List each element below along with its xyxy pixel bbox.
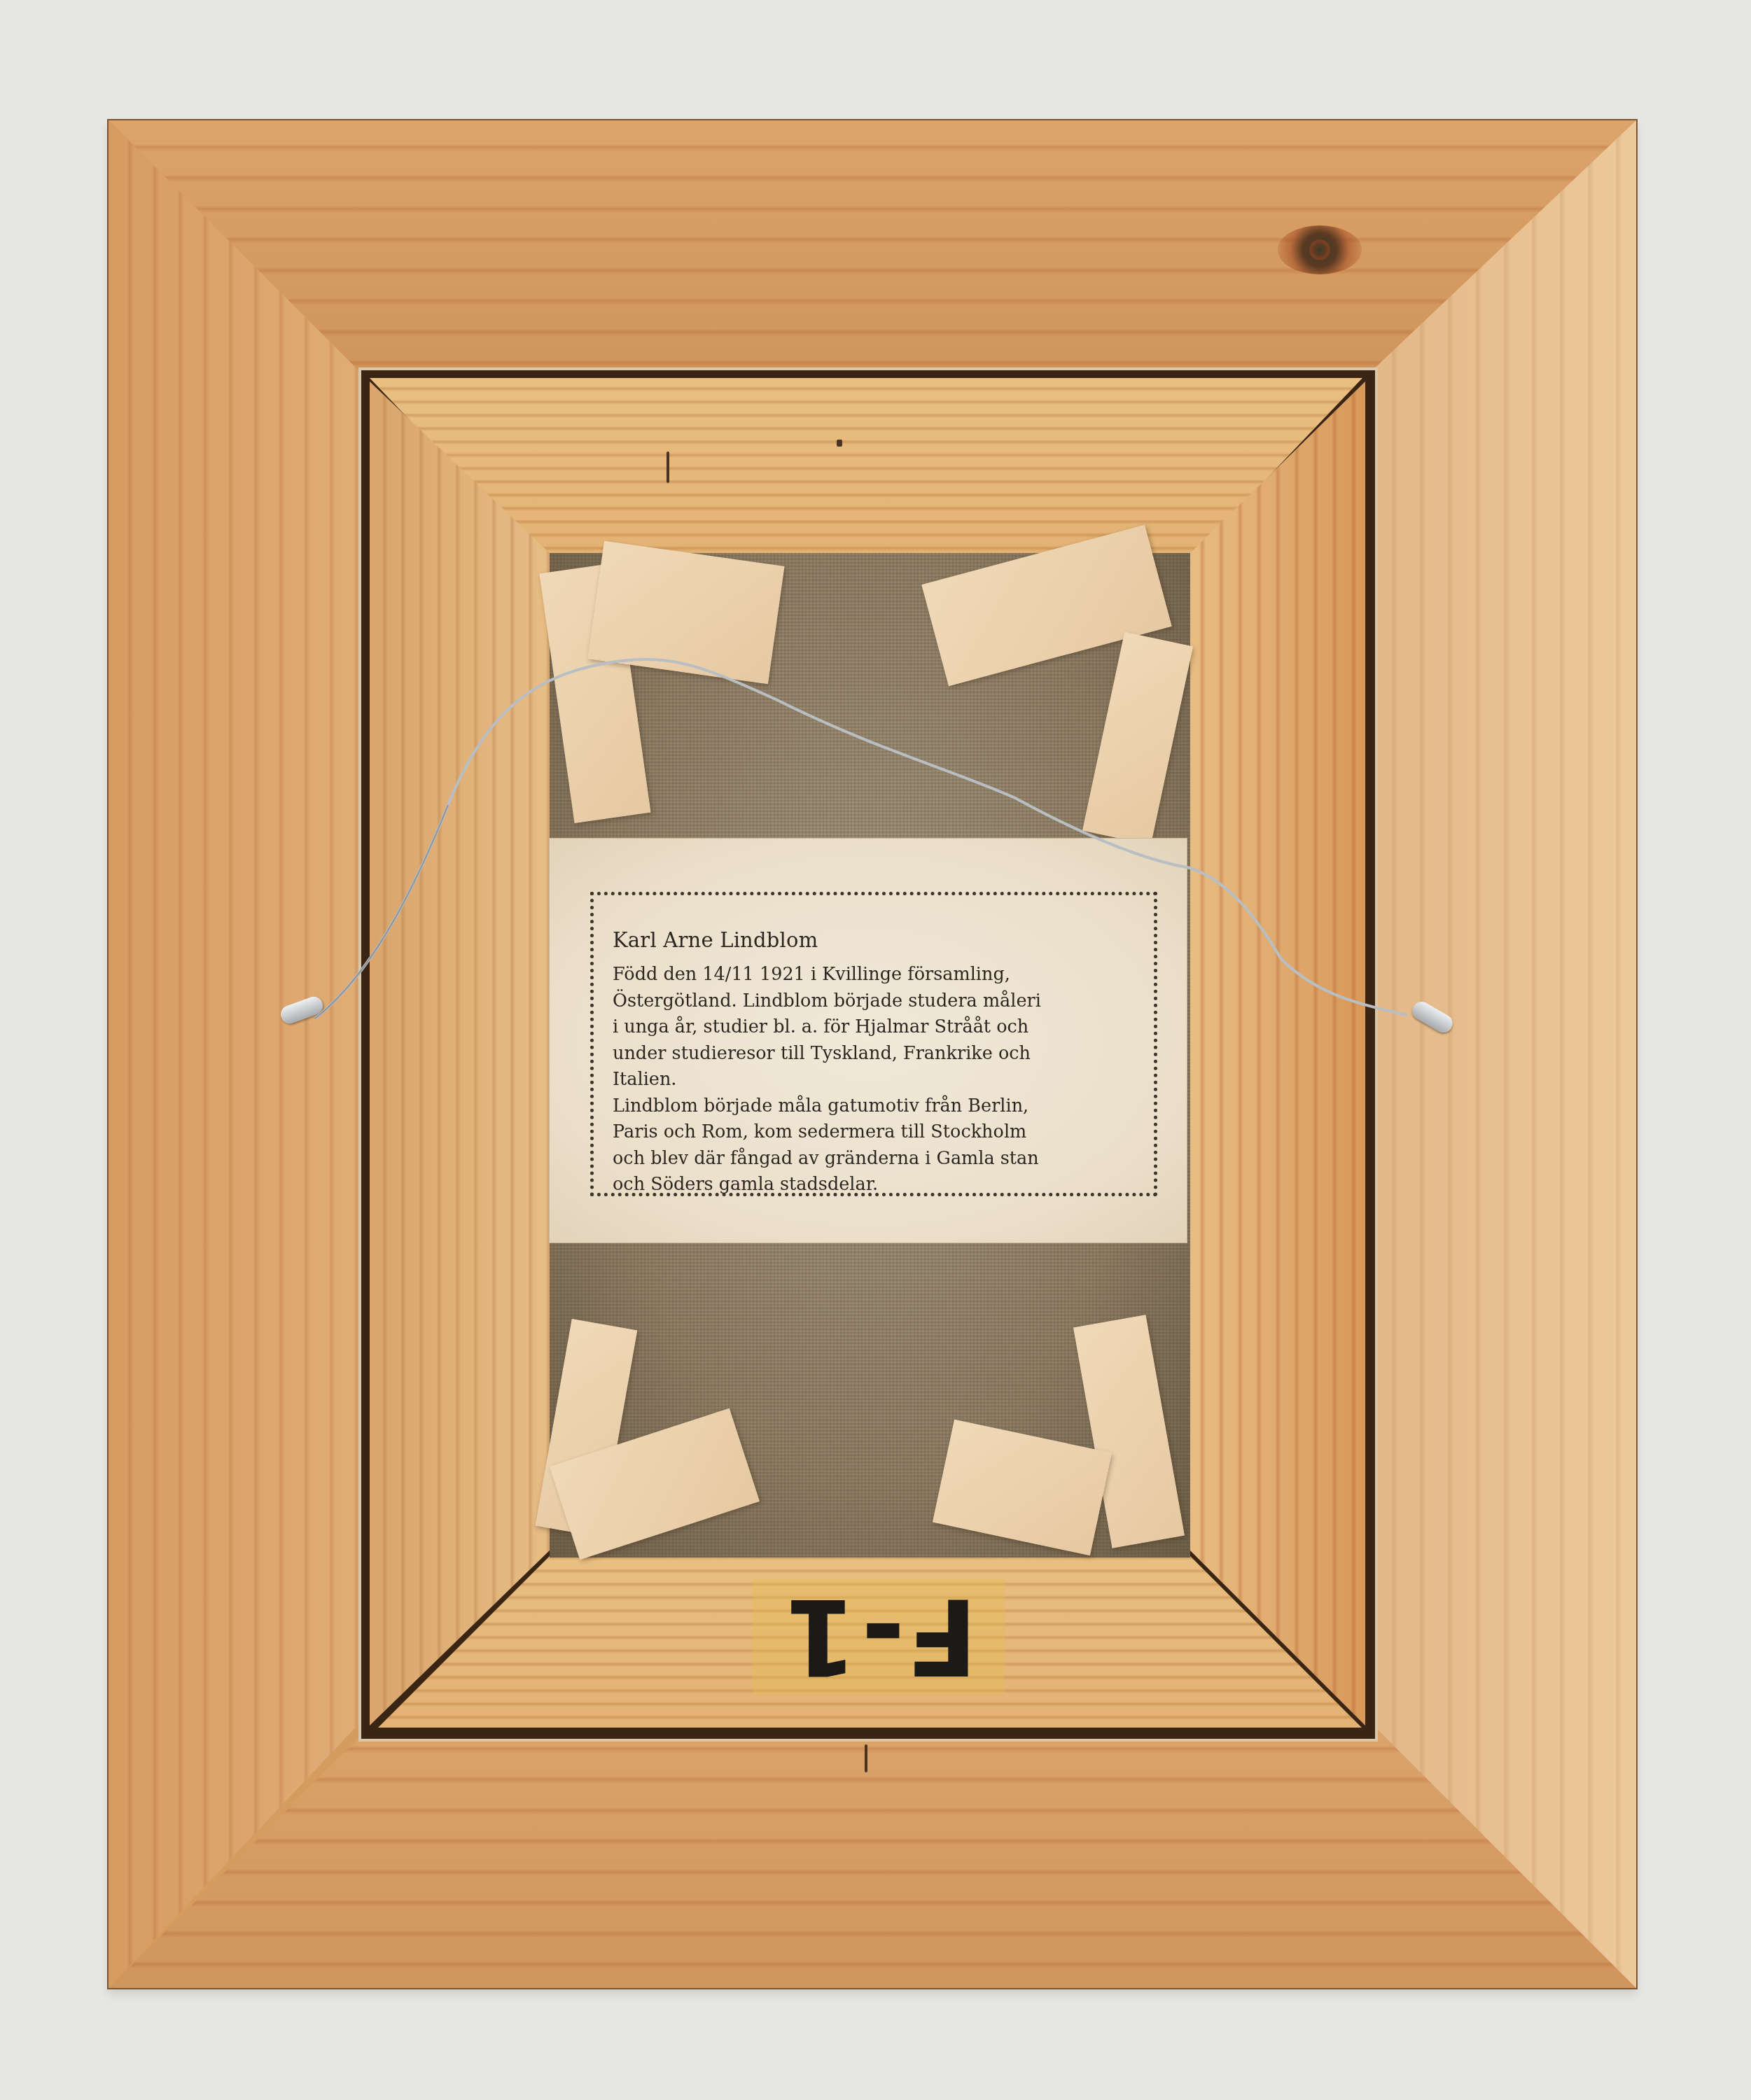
label-line: Paris och Rom, kom sedermera till Stockh… <box>613 1119 1145 1146</box>
inventory-marking: F-1 <box>753 1578 1005 1694</box>
outer-frame-left-rail <box>109 120 361 1988</box>
label-text-block: Karl Arne Lindblom Född den 14/11 1921 i… <box>613 928 1145 1198</box>
label-line: och blev där fångad av gränderna i Gamla… <box>613 1146 1145 1172</box>
label-line: Född den 14/11 1921 i Kvillinge församli… <box>613 962 1145 988</box>
label-title: Karl Arne Lindblom <box>613 928 1145 952</box>
label-line: under studieresor till Tyskland, Frankri… <box>613 1041 1145 1067</box>
label-line: Lindblom började måla gatumotiv från Ber… <box>613 1093 1145 1120</box>
outer-frame-top-rail <box>109 120 1636 372</box>
corner-wedge <box>1082 632 1193 845</box>
label-line: i unga år, studier bl. a. för Hjalmar St… <box>613 1014 1145 1041</box>
label-line: och Söders gamla stadsdelar. <box>613 1172 1145 1198</box>
label-line: Östergötland. Lindblom började studera m… <box>613 988 1145 1015</box>
wood-knot-dark <box>1309 239 1330 260</box>
corner-wedge <box>587 541 784 685</box>
artist-label: Karl Arne Lindblom Född den 14/11 1921 i… <box>550 839 1187 1242</box>
nail-mark <box>667 451 669 483</box>
nail-mark <box>865 1744 867 1772</box>
corner-wedge <box>933 1420 1112 1556</box>
stretcher-left-rail <box>370 381 553 1725</box>
nail-hole <box>837 440 842 447</box>
inventory-marking-text: F-1 <box>753 1578 1005 1694</box>
label-line: Italien. <box>613 1067 1145 1093</box>
stretcher-right-rail <box>1187 381 1365 1725</box>
outer-frame-right-rail <box>1370 120 1636 1988</box>
outer-frame-bottom-rail <box>109 1722 1636 1988</box>
